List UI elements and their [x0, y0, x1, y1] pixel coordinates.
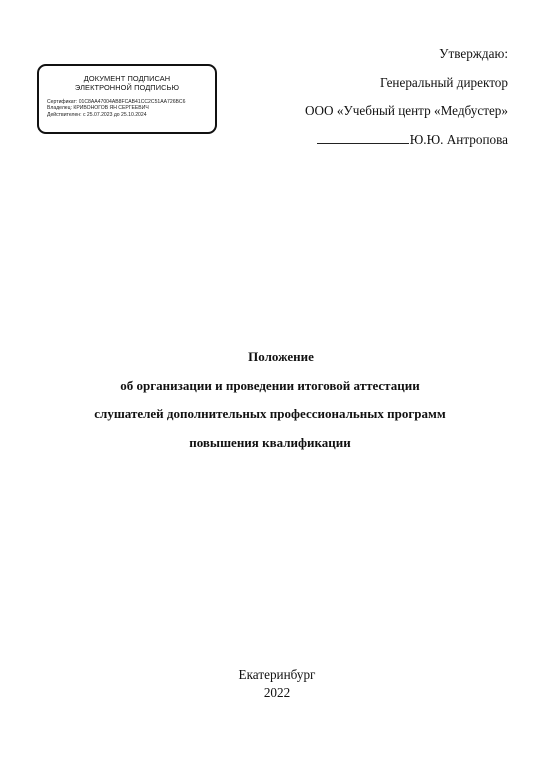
- title-line2: об организации и проведении итоговой атт…: [0, 372, 540, 401]
- footer-year: 2022: [14, 684, 540, 702]
- signatory-name: Ю.Ю. Антропова: [410, 132, 508, 147]
- valid-label: Действителен:: [47, 112, 82, 118]
- approver-position: Генеральный директор: [268, 69, 508, 98]
- approval-block: Утверждаю: Генеральный директор ООО «Уче…: [268, 40, 508, 154]
- approve-label: Утверждаю:: [268, 40, 508, 69]
- valid-value: с 25.07.2023 до 25.10.2024: [83, 112, 147, 118]
- title-line3: слушателей дополнительных профессиональн…: [0, 400, 540, 429]
- electronic-signature-stamp: ДОКУМЕНТ ПОДПИСАН ЭЛЕКТРОННОЙ ПОДПИСЬЮ С…: [37, 64, 217, 134]
- signature-line: Ю.Ю. Антропова: [268, 126, 508, 155]
- certificate-label: Сертификат:: [47, 99, 77, 105]
- title-line4: повышения квалификации: [0, 429, 540, 458]
- document-page: ДОКУМЕНТ ПОДПИСАН ЭЛЕКТРОННОЙ ПОДПИСЬЮ С…: [0, 0, 540, 763]
- approver-organization: ООО «Учебный центр «Медбустер»: [268, 97, 508, 126]
- stamp-meta: Сертификат: 01C8AA47004AB8FCAB41CC2C51AA…: [47, 99, 215, 118]
- certificate-value: 01C8AA47004AB8FCAB41CC2C51AA726BC6: [79, 99, 186, 105]
- document-title: Положение об организации и проведении ит…: [0, 343, 540, 457]
- signature-blank: [317, 132, 409, 144]
- owner-label: Владелец:: [47, 105, 72, 111]
- stamp-validity: Действителен: с 25.07.2023 до 25.10.2024: [47, 112, 215, 118]
- footer-city: Екатеринбург: [14, 666, 540, 684]
- document-footer: Екатеринбург 2022: [0, 666, 540, 702]
- stamp-title-line2: ЭЛЕКТРОННОЙ ПОДПИСЬЮ: [39, 83, 215, 92]
- title-line1: Положение: [22, 343, 540, 372]
- stamp-title-line1: ДОКУМЕНТ ПОДПИСАН: [39, 74, 215, 83]
- stamp-title: ДОКУМЕНТ ПОДПИСАН ЭЛЕКТРОННОЙ ПОДПИСЬЮ: [39, 74, 215, 92]
- owner-value: КРИВОНОГОВ ЯН СЕРГЕЕВИЧ: [73, 105, 148, 111]
